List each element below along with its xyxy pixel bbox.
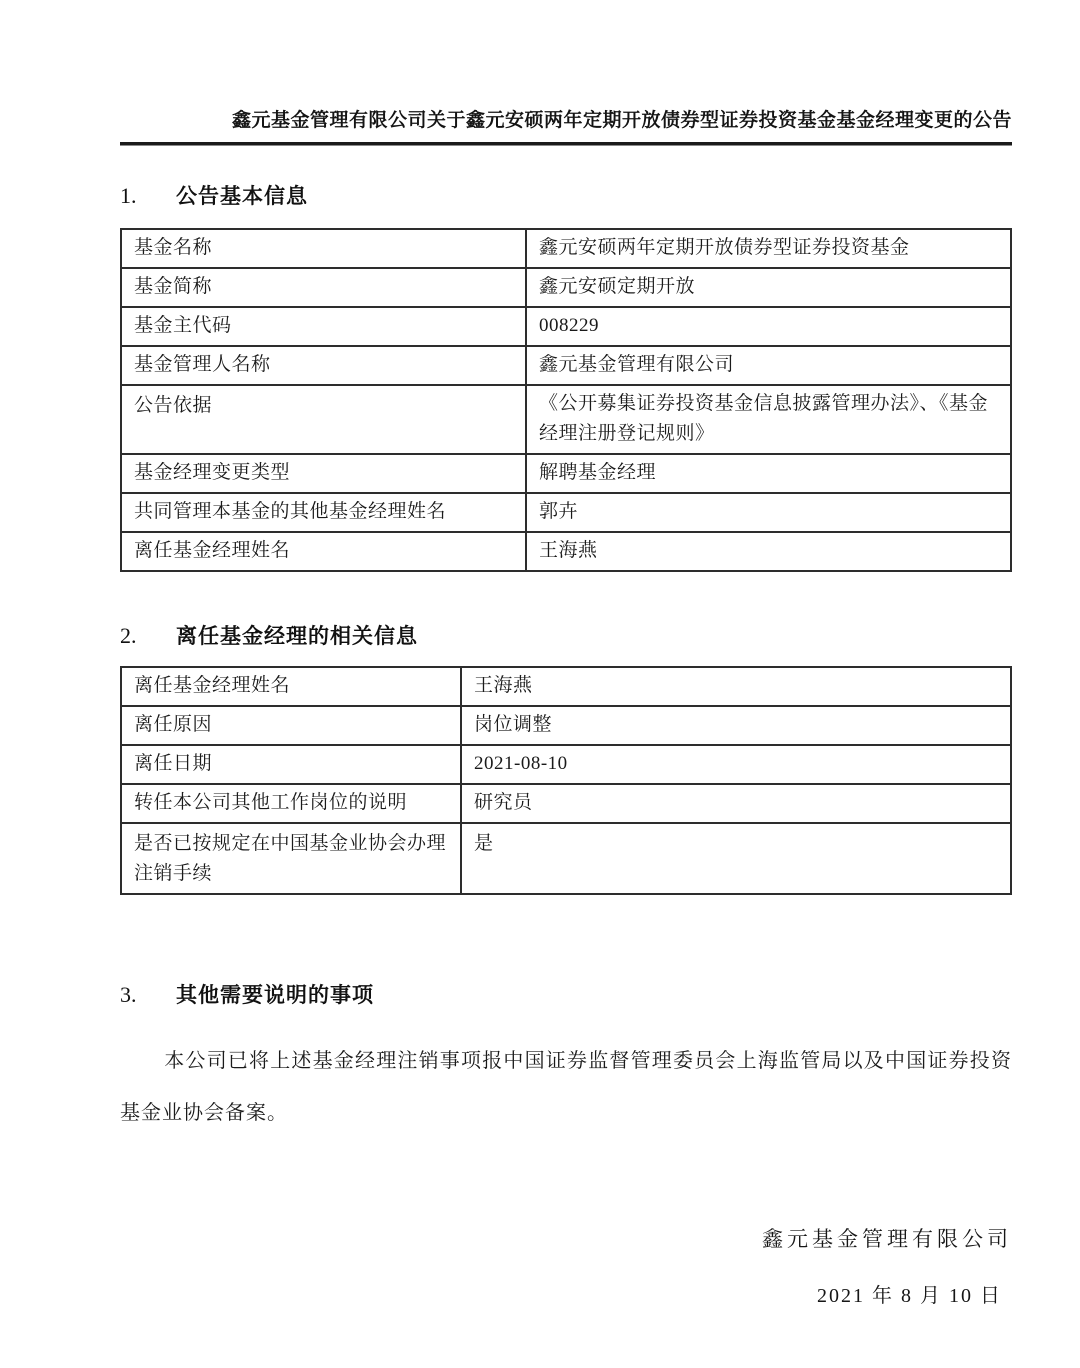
row-label: 离任基金经理姓名	[121, 532, 526, 571]
row-label: 离任基金经理姓名	[121, 667, 461, 706]
table-row: 基金简称 鑫元安硕定期开放	[121, 268, 1011, 307]
table-row: 转任本公司其他工作岗位的说明 研究员	[121, 784, 1011, 823]
header-rule	[120, 142, 1012, 146]
table-row: 基金名称 鑫元安硕两年定期开放债券型证券投资基金	[121, 229, 1011, 268]
signature-block: 鑫元基金管理有限公司 2021 年 8 月 10 日	[120, 1223, 1012, 1308]
row-label: 基金名称	[121, 229, 526, 268]
section-2-label: 离任基金经理的相关信息	[176, 620, 418, 650]
row-value: 研究员	[461, 784, 1011, 823]
table-row: 离任日期 2021-08-10	[121, 745, 1011, 784]
section-1-heading: 1. 公告基本信息	[120, 180, 1012, 210]
table-row: 基金经理变更类型 解聘基金经理	[121, 454, 1011, 493]
row-label: 转任本公司其他工作岗位的说明	[121, 784, 461, 823]
table-row: 离任基金经理姓名 王海燕	[121, 532, 1011, 571]
departing-manager-table: 离任基金经理姓名 王海燕 离任原因 岗位调整 离任日期 2021-08-10 转…	[120, 666, 1012, 895]
table-row: 离任基金经理姓名 王海燕	[121, 667, 1011, 706]
section-3-heading: 3. 其他需要说明的事项	[120, 979, 1012, 1009]
row-value: 岗位调整	[461, 706, 1011, 745]
section-3-number: 3.	[120, 982, 176, 1008]
section-3-label: 其他需要说明的事项	[176, 979, 374, 1009]
row-label: 基金简称	[121, 268, 526, 307]
row-value: 鑫元基金管理有限公司	[526, 346, 1011, 385]
row-value: 解聘基金经理	[526, 454, 1011, 493]
table-row: 是否已按规定在中国基金业协会办理注销手续 是	[121, 823, 1011, 894]
row-value: 《公开募集证券投资基金信息披露管理办法》、《基金经理注册登记规则》	[526, 385, 1011, 454]
signature-company: 鑫元基金管理有限公司	[120, 1223, 1012, 1253]
table-row: 离任原因 岗位调整	[121, 706, 1011, 745]
table-row: 基金主代码 008229	[121, 307, 1011, 346]
row-label: 共同管理本基金的其他基金经理姓名	[121, 493, 526, 532]
document-title: 鑫元基金管理有限公司关于鑫元安硕两年定期开放债券型证券投资基金基金经理变更的公告	[120, 108, 1012, 134]
row-value: 2021-08-10	[461, 745, 1011, 784]
row-value: 王海燕	[461, 667, 1011, 706]
row-label: 离任原因	[121, 706, 461, 745]
row-value: 008229	[526, 307, 1011, 346]
row-value: 王海燕	[526, 532, 1011, 571]
section-2-heading: 2. 离任基金经理的相关信息	[120, 620, 1012, 650]
signature-date: 2021 年 8 月 10 日	[120, 1279, 1012, 1308]
basic-info-table: 基金名称 鑫元安硕两年定期开放债券型证券投资基金 基金简称 鑫元安硕定期开放 基…	[120, 228, 1012, 572]
table-row: 公告依据 《公开募集证券投资基金信息披露管理办法》、《基金经理注册登记规则》	[121, 385, 1011, 454]
row-value: 是	[461, 823, 1011, 894]
row-label: 离任日期	[121, 745, 461, 784]
section-2-number: 2.	[120, 623, 176, 649]
section-1-number: 1.	[120, 183, 176, 209]
body-paragraph: 本公司已将上述基金经理注销事项报中国证券监督管理委员会上海监管局以及中国证券投资…	[120, 1035, 1012, 1139]
row-label: 基金主代码	[121, 307, 526, 346]
document-header: 鑫元基金管理有限公司关于鑫元安硕两年定期开放债券型证券投资基金基金经理变更的公告	[120, 108, 1012, 146]
row-value: 鑫元安硕定期开放	[526, 268, 1011, 307]
row-value: 郭卉	[526, 493, 1011, 532]
row-label: 公告依据	[121, 385, 526, 454]
row-label: 基金经理变更类型	[121, 454, 526, 493]
table-row: 基金管理人名称 鑫元基金管理有限公司	[121, 346, 1011, 385]
row-label: 是否已按规定在中国基金业协会办理注销手续	[121, 823, 461, 894]
section-1-label: 公告基本信息	[176, 180, 308, 210]
paragraph-text: 本公司已将上述基金经理注销事项报中国证券监督管理委员会上海监管局以及中国证券投资…	[120, 1050, 1012, 1124]
document-page: 鑫元基金管理有限公司关于鑫元安硕两年定期开放债券型证券投资基金基金经理变更的公告…	[0, 0, 1080, 1368]
row-value: 鑫元安硕两年定期开放债券型证券投资基金	[526, 229, 1011, 268]
table-row: 共同管理本基金的其他基金经理姓名 郭卉	[121, 493, 1011, 532]
row-label: 基金管理人名称	[121, 346, 526, 385]
